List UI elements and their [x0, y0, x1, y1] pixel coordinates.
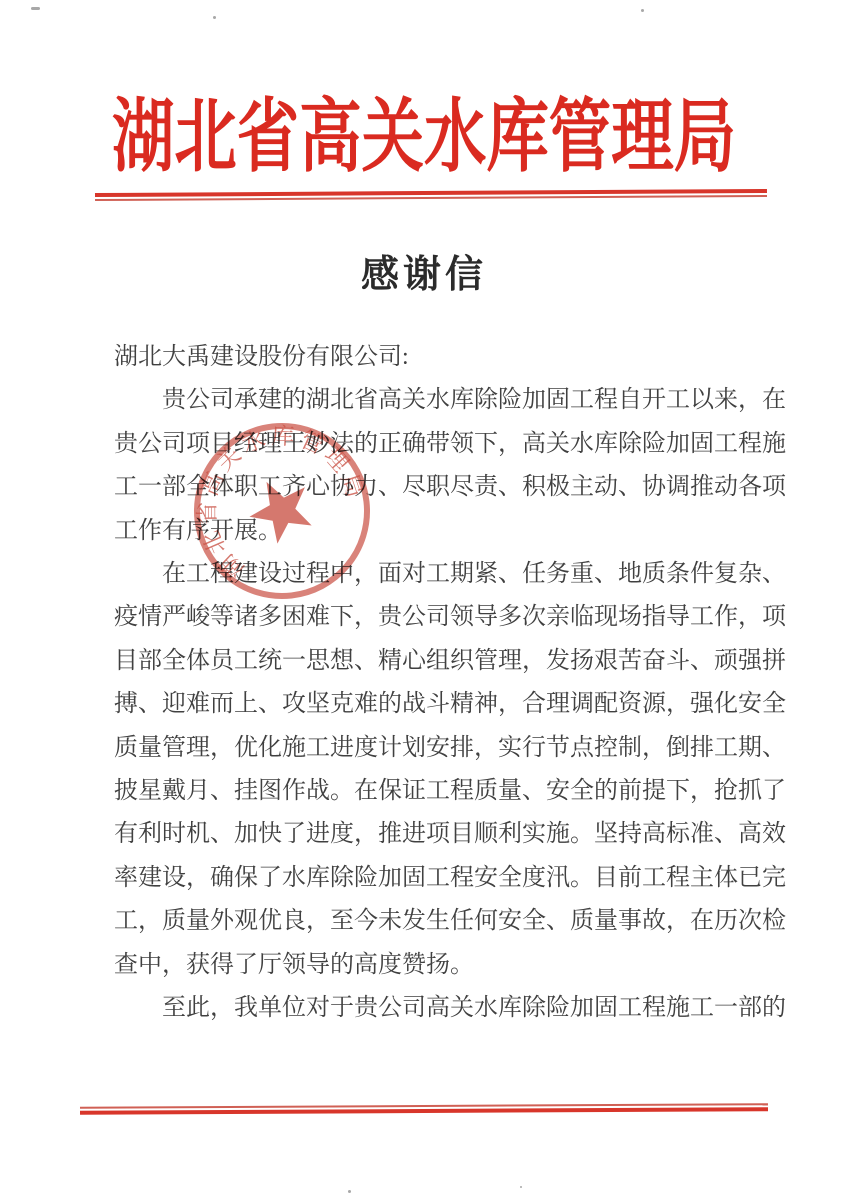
body-line: 贵公司承建的湖北省高关水库除险加固工程自开工以来，在 [114, 379, 764, 422]
body-line: 查中，获得了厅领导的高度赞扬。 [114, 944, 764, 987]
salutation-line: 湖北大禹建设股份有限公司: [114, 336, 764, 379]
seal-graphic: 湖北省高关水库管理局 [192, 421, 372, 601]
scan-noise-speck [31, 7, 40, 10]
scan-noise-speck [348, 1190, 351, 1193]
seal-star-icon [239, 467, 322, 549]
body-line: 目部全体员工统一思想、精心组织管理，发扬艰苦奋斗、顽强拼 [114, 640, 764, 683]
body-line: 有利时机、加快了进度，推进项目顺利实施。坚持高标准、高效 [114, 813, 764, 856]
official-seal-stamp: 湖北省高关水库管理局 [192, 421, 372, 601]
body-line: 披星戴月、挂图作战。在保证工程质量、安全的前提下，抢抓了 [114, 770, 764, 813]
body-line: 工，质量外观优良，至今未发生任何安全、质量事故，在历次检 [114, 900, 764, 943]
scan-noise-speck [641, 9, 644, 12]
body-line: 搏、迎难而上、攻坚克难的战斗精神，合理调配资源，强化安全 [114, 683, 764, 726]
body-line: 率建设，确保了水库除险加固工程安全度汛。目前工程主体已完 [114, 857, 764, 900]
footer-divider-rule [80, 1103, 768, 1115]
body-line: 疫情严峻等诸多困难下，贵公司领导多次亲临现场指导工作，项 [114, 596, 764, 639]
body-line: 至此，我单位对于贵公司高关水库除险加固工程施工一部的 [114, 987, 764, 1030]
letter-title: 感谢信 [0, 243, 848, 298]
letterhead-divider-rule [95, 189, 767, 201]
body-line: 质量管理，优化施工进度计划安排，实行节点控制，倒排工期、 [114, 727, 764, 770]
scan-noise-speck [520, 1186, 522, 1188]
letterhead-org-name: 湖北省高关水库管理局 [93, 98, 754, 178]
scan-noise-speck [213, 16, 216, 19]
scanned-letter-page: 湖北省高关水库管理局 感谢信 湖北大禹建设股份有限公司: 贵公司承建的湖北省高关… [0, 0, 848, 1200]
